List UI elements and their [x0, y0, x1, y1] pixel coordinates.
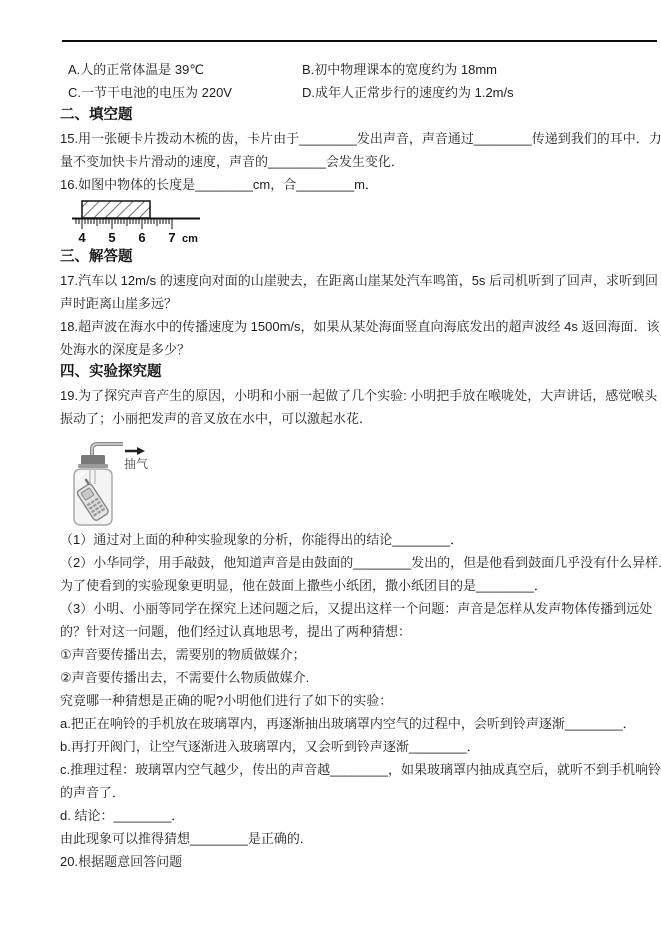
worksheet-page: A.人的正常体温是 39℃ B.初中物理课本的宽度约为 18mm C.一节干电池…	[0, 0, 661, 936]
jar-cap	[81, 455, 105, 465]
inference-line: 由此现象可以推得猜想________是正确的.	[60, 827, 645, 850]
question-19-line-1: 19.为了探究声音产生的原因，小明和小丽一起做了几个实验: 小明把手放在喉咙处，…	[60, 384, 645, 407]
jar-cap-flange	[78, 464, 108, 468]
choice-d: D.成年人正常步行的速度约为 1.2m/s	[302, 81, 645, 104]
choice-b: B.初中物理课本的宽度约为 18mm	[302, 58, 645, 81]
question-19-sub2-line-2: 为了使看到的实验现象更明显，他在鼓面上撒些小纸团，撒小纸团目的是________…	[60, 574, 645, 597]
experiment-step-c-line-1: c.推理过程：玻璃罩内空气越少，传出的声音越________，如果玻璃罩内抽成真…	[60, 758, 645, 781]
question-20-line: 20.根据题意回答问题	[60, 850, 645, 873]
ruler-ticks	[76, 219, 172, 229]
question-18-line-2: 处海水的深度是多少？	[60, 338, 645, 361]
hypothesis-1: ①声音要传播出去，需要别的物质做媒介；	[60, 643, 645, 666]
question-19-line-2: 振动了；小丽把发声的音叉放在水中，可以激起水花．	[60, 407, 645, 430]
question-15-line-2: 量不变加快卡片滑动的速度，声音的________会发生变化．	[60, 150, 645, 173]
question-17-line-1: 17.汽车以 12m/s 的速度向对面的山崖驶去，在距离山崖某处汽车鸣笛，5s …	[60, 269, 645, 292]
choice-c: C.一节干电池的电压为 220V	[60, 81, 302, 104]
ruler-label-7: 7	[168, 230, 175, 245]
page-top-rule	[62, 40, 657, 42]
ruler-svg: 4 5 6 7 cm	[68, 198, 208, 246]
experiment-step-a: a.把正在响铃的手机放在玻璃罩内，再逐渐抽出玻璃罩内空气的过程中，会听到铃声逐渐…	[60, 712, 645, 735]
question-18-line-1: 18.超声波在海水中的传播速度为 1500m/s，如果从某处海面竖直向海底发出的…	[60, 315, 645, 338]
choice-row-ab: A.人的正常体温是 39℃ B.初中物理课本的宽度约为 18mm	[60, 58, 645, 81]
vacuum-jar-figure: 抽气	[66, 436, 645, 528]
measured-object	[82, 201, 150, 218]
choice-a: A.人的正常体温是 39℃	[60, 58, 302, 81]
section-header-fill-in-blank: 二、填空题	[60, 104, 645, 127]
ruler-number-labels: 4 5 6 7 cm	[78, 230, 198, 245]
pump-air-label: 抽气	[124, 456, 148, 471]
pump-arrow-head	[137, 447, 145, 455]
question-16-line: 16.如图中物体的长度是________cm，合________m．	[60, 173, 645, 196]
question-19-sub1: （1）通过对上面的种种实验现象的分析，你能得出的结论________．	[60, 528, 645, 551]
ruler-label-6: 6	[138, 230, 145, 245]
choice-row-cd: C.一节干电池的电压为 220V D.成年人正常步行的速度约为 1.2m/s	[60, 81, 645, 104]
hypothesis-2: ②声音要传播出去，不需要什么物质做媒介.	[60, 666, 645, 689]
section-header-experiment: 四、实验探究题	[60, 361, 645, 384]
experiment-step-b: b.再打开阀门，让空气逐渐进入玻璃罩内，又会听到铃声逐渐________．	[60, 735, 645, 758]
ruler-label-5: 5	[108, 230, 115, 245]
question-19-sub3-line-1: （3）小明、小丽等同学在探究上述问题之后，又提出这样一个问题：声音是怎样从发声物…	[60, 597, 645, 620]
experiment-step-c-line-2: 的声音了．	[60, 781, 645, 804]
question-19-sub3-line-2: 的？针对这一问题，他们经过认真地思考，提出了两种猜想：	[60, 620, 645, 643]
question-19-sub2-line-1: （2）小华同学，用手敲鼓，他知道声音是由鼓面的________发出的，但是他看到…	[60, 551, 645, 574]
question-15-line-1: 15.用一张硬卡片拨动木梳的齿，卡片由于________发出声音，声音通过___…	[60, 127, 645, 150]
ruler-figure: 4 5 6 7 cm	[68, 198, 645, 246]
ruler-label-4: 4	[78, 230, 86, 245]
ruler-unit-label: cm	[182, 233, 198, 245]
worksheet-content: A.人的正常体温是 39℃ B.初中物理课本的宽度约为 18mm C.一节干电池…	[60, 58, 645, 873]
experiment-step-d: d. 结论：________．	[60, 804, 645, 827]
vacuum-jar-svg: 抽气	[66, 436, 216, 528]
question-17-line-2: 声时距离山崖多远？	[60, 292, 645, 315]
section-header-answer: 三、解答题	[60, 246, 645, 269]
which-guess-line: 究竟哪一种猜想是正确的呢?小明他们进行了如下的实验：	[60, 689, 645, 712]
